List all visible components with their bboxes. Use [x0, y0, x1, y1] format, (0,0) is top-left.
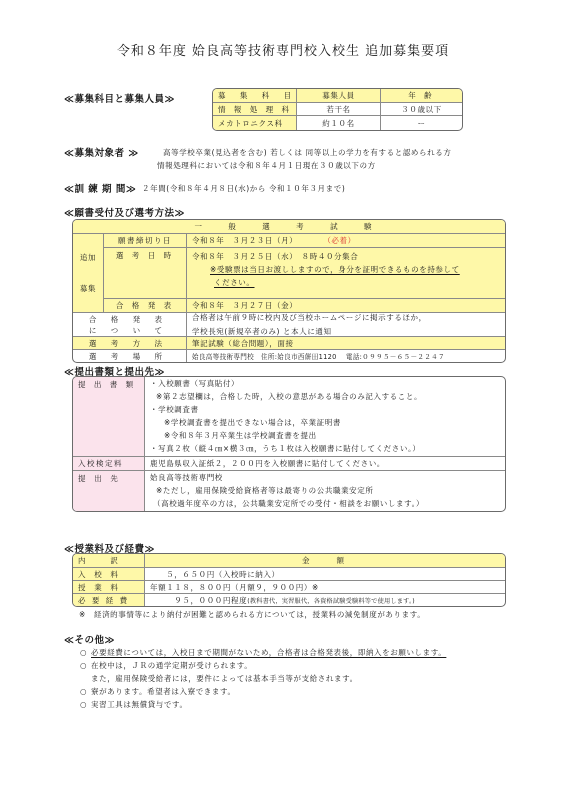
- announce-label: 合 格 発 表 に つ い て: [73, 313, 186, 336]
- exam-id-note-cont: ください。: [192, 276, 255, 289]
- other-item-sub: また，雇用保険受給者には，要件によっては基本手当等が支給されます。: [80, 672, 446, 685]
- dest-row: 提 出 先 姶良高等技術専門校 ※ただし，雇用保険受給資格者等は最寄りの公共職業…: [73, 470, 505, 511]
- other-item-text: 寮があります。希望者は入寮できます。: [91, 686, 236, 697]
- course-capacity: 約１０名: [296, 116, 380, 130]
- circle-bullet-icon: ○: [80, 687, 91, 696]
- exam-date-value: 令和８年 ３月２５日（水） ８時４０分集合 ※受験票は当日お渡ししますので，身分…: [186, 248, 505, 298]
- dest-label: 提 出 先: [73, 471, 144, 511]
- other-list: ○ 必要経費については，入校日まで期間がないため，合格者は合格発表後，即納入をお…: [80, 646, 446, 711]
- fees-value: ５，６５０円（入校時に納入）: [144, 568, 505, 580]
- other-item-text: 必要経費については，入校日まで期間がないため，合格者は合格発表後，即納入をお願い…: [91, 647, 446, 658]
- target-line-2: 情報処理科においては令和８年４月１日現在３０歳以下の方: [157, 160, 376, 171]
- announce-value-2: 学校長宛(新規卒者のみ) と本人に通知: [192, 326, 332, 337]
- course-name: 情 報 処 理 科: [213, 103, 296, 115]
- dest-line: 姶良高等技術専門校: [150, 471, 223, 484]
- must-arrive-note: （必着）: [323, 235, 355, 246]
- announce-label-2: に つ い て: [89, 325, 168, 336]
- other-item: ○ 実習工具は無償貸与です。: [80, 698, 446, 711]
- selection-heading: ≪願書受付及び選考方法≫: [64, 205, 185, 219]
- fee-row: 入校検定料 鹿児島県収入証紙２，２００円を入校願書に貼付してください。: [73, 456, 505, 470]
- circle-bullet-icon: ○: [80, 648, 91, 657]
- selection-header-row: 一 般 選 考 試 験: [73, 220, 505, 233]
- docs-value: ・入校願書（写真貼付） ※第２志望欄は，合格した時，入校の意思がある場合のみ記入…: [144, 377, 505, 456]
- group-label-2: 募集: [80, 283, 96, 294]
- doc-item: ・入校願書（写真貼付）: [150, 377, 239, 390]
- recruit-row: メカトロニクス科 約１０名 ー: [213, 115, 462, 130]
- place-label: 選 考 場 所: [73, 350, 186, 362]
- doc-note: ※学校調査書を提出できない場合は，卒業証明書: [150, 416, 341, 429]
- announce-value: 合格者は午前９時に校内及び当校ホームページに掲示するほか， 学校長宛(新規卒者の…: [186, 313, 505, 336]
- fee-value: 鹿児島県収入証紙２，２００円を入校願書に貼付してください。: [144, 457, 505, 470]
- group-rows: 願書締切り日 令和８年 ３月２３日（月） （必着） 選 考 日 時 令和８年 ３…: [103, 234, 505, 312]
- doc-note: ※第２志望欄は，合格した時，入校の意思がある場合のみ記入すること。: [150, 390, 422, 403]
- method-value: 筆記試験（総合問題），面接: [186, 337, 505, 349]
- header-capacity: 募集人員: [296, 89, 380, 102]
- course-capacity: 若干名: [296, 103, 380, 115]
- docs-row: 提 出 書 類 ・入校願書（写真貼付） ※第２志望欄は，合格した時，入校の意思が…: [73, 377, 505, 456]
- exam-date-text: 令和８年 ３月２５日（水） ８時４０分集合: [192, 250, 358, 263]
- recruit-table: 募 集 科 目 募集人員 年 齢 情 報 処 理 科 若干名 ３０歳以下 メカト…: [212, 88, 463, 131]
- fees-footnote: ※ 経済的事情等により納付が困難と認められる方については，授業料の減免制度があり…: [79, 609, 425, 620]
- announce-label-1: 合 格 発 表: [89, 314, 168, 325]
- other-item-text: 在校中は，ＪＲの通学定期が受けられます。: [91, 660, 252, 671]
- selection-table: 一 般 選 考 試 験 追加 募集 願書締切り日 令和８年 ３月２３日（月） （…: [72, 219, 506, 363]
- header-course: 募 集 科 目: [213, 89, 296, 102]
- fees-amount: ９５，０００円程度: [150, 595, 247, 606]
- fees-row: 入 校 料 ５，６５０円（入校時に納入）: [73, 567, 505, 580]
- doc-note: ※令和８年３月卒業生は学校調査書を提出: [150, 429, 317, 442]
- documents-table: 提 出 書 類 ・入校願書（写真貼付） ※第２志望欄は，合格した時，入校の意思が…: [72, 376, 506, 512]
- fees-header-label: 内 訳: [73, 554, 144, 567]
- method-row: 選 考 方 法 筆記試験（総合問題），面接: [73, 336, 505, 349]
- other-item: ○ 寮があります。希望者は入寮できます。: [80, 685, 446, 698]
- other-item: ○ 在校中は，ＪＲの通学定期が受けられます。: [80, 659, 446, 672]
- course-age: ー: [380, 116, 462, 130]
- course-age: ３０歳以下: [380, 103, 462, 115]
- recruit-header-row: 募 集 科 目 募集人員 年 齢: [213, 89, 462, 102]
- page-title: 令和８年度 姶良高等技術専門校入校生 追加募集要項: [0, 40, 566, 59]
- result-row: 合 格 発 表 令和８年 ３月２７日（金）: [104, 298, 505, 312]
- exam-date-label: 選 考 日 時: [104, 248, 186, 298]
- fees-value: ９５，０００円程度 (教科書代，実習服代，各資格試験受験料等で使用します。): [144, 594, 505, 606]
- other-heading: ≪その他≫: [64, 632, 115, 646]
- announce-row: 合 格 発 表 に つ い て 合格者は午前９時に校内及び当校ホームページに掲示…: [73, 312, 505, 336]
- method-label: 選 考 方 法: [73, 337, 186, 349]
- fees-row: 必 要 経 費 ９５，０００円程度 (教科書代，実習服代，各資格試験受験料等で使…: [73, 593, 505, 606]
- circle-bullet-icon: ○: [80, 700, 91, 709]
- target-heading: ≪募集対象者 ≫: [64, 145, 139, 159]
- target-line-1: 高等学校卒業(見込者を含む) 若しくは 同等以上の学力を有すると認められる方: [163, 147, 451, 158]
- group-label: 追加 募集: [73, 234, 103, 312]
- doc-item: ・写真２枚（縦４㎝×横３㎝，うち１枚は入校願書に貼付してください。）: [150, 442, 420, 455]
- circle-bullet-icon: ○: [80, 661, 91, 670]
- fees-label: 必 要 経 費: [73, 594, 144, 606]
- place-row: 選 考 場 所 姶良高等技術専門校 住所:姶良市西餅田1120 電話:０９９５－…: [73, 349, 505, 362]
- recruit-row: 情 報 処 理 科 若干名 ３０歳以下: [213, 102, 462, 115]
- result-value: 令和８年 ３月２７日（金）: [186, 299, 505, 312]
- fees-header-value: 金 額: [144, 554, 505, 567]
- selection-header: 一 般 選 考 試 験: [73, 220, 505, 233]
- dest-line: ※ただし，雇用保険受給資格者等は最寄りの公共職業安定所: [150, 484, 373, 497]
- deadline-label: 願書締切り日: [104, 234, 186, 247]
- deadline-value: 令和８年 ３月２３日（月） （必着）: [186, 234, 505, 247]
- header-age: 年 齢: [380, 89, 462, 102]
- place-value: 姶良高等技術専門校 住所:姶良市西餅田1120 電話:０９９５－６５－２２４７: [186, 350, 505, 362]
- dest-value: 姶良高等技術専門校 ※ただし，雇用保険受給資格者等は最寄りの公共職業安定所 （高…: [144, 471, 505, 511]
- exam-date-row: 選 考 日 時 令和８年 ３月２５日（水） ８時４０分集合 ※受験票は当日お渡し…: [104, 247, 505, 298]
- fees-label: 入 校 料: [73, 568, 144, 580]
- doc-item: ・学校調査書: [150, 403, 199, 416]
- docs-label: 提 出 書 類: [73, 377, 144, 456]
- fee-label: 入校検定料: [73, 457, 144, 470]
- fees-value: 年額１１８，８００円（月額９，９００円）※: [144, 581, 505, 593]
- announce-value-1: 合格者は午前９時に校内及び当校ホームページに掲示するほか，: [192, 312, 427, 323]
- fees-row: 授 業 料 年額１１８，８００円（月額９，９００円）※: [73, 580, 505, 593]
- recruit-heading: ≪募集科目と募集人員≫: [64, 91, 175, 105]
- fees-label: 授 業 料: [73, 581, 144, 593]
- deadline-date: 令和８年 ３月２３日（月）: [192, 235, 297, 246]
- fees-header-row: 内 訳 金 額: [73, 554, 505, 567]
- dest-line: （高校過年度卒の方は，公共職業安定所での受付・相談をお願いします。）: [150, 497, 424, 510]
- other-item: ○ 必要経費については，入校日まで期間がないため，合格者は合格発表後，即納入をお…: [80, 646, 446, 659]
- group-label-1: 追加: [80, 252, 96, 263]
- fees-table: 内 訳 金 額 入 校 料 ５，６５０円（入校時に納入） 授 業 料 年額１１８…: [72, 553, 506, 607]
- fees-note: (教科書代，実習服代，各資格試験受験料等で使用します。): [247, 596, 415, 605]
- deadline-row: 願書締切り日 令和８年 ３月２３日（月） （必着）: [104, 234, 505, 247]
- exam-id-note: ※受験票は当日お渡ししますので，身分を証明できるものを持参して: [192, 263, 460, 276]
- period-text: ２年間(令和８年４月８日(水)から 令和１０年３月まで): [142, 183, 345, 194]
- course-name: メカトロニクス科: [213, 116, 296, 130]
- result-label: 合 格 発 表: [104, 299, 186, 312]
- period-heading: ≪訓 練 期 間≫: [64, 181, 136, 195]
- additional-group: 追加 募集 願書締切り日 令和８年 ３月２３日（月） （必着） 選 考 日 時 …: [73, 233, 505, 312]
- other-item-text: 実習工具は無償貸与です。: [91, 699, 188, 710]
